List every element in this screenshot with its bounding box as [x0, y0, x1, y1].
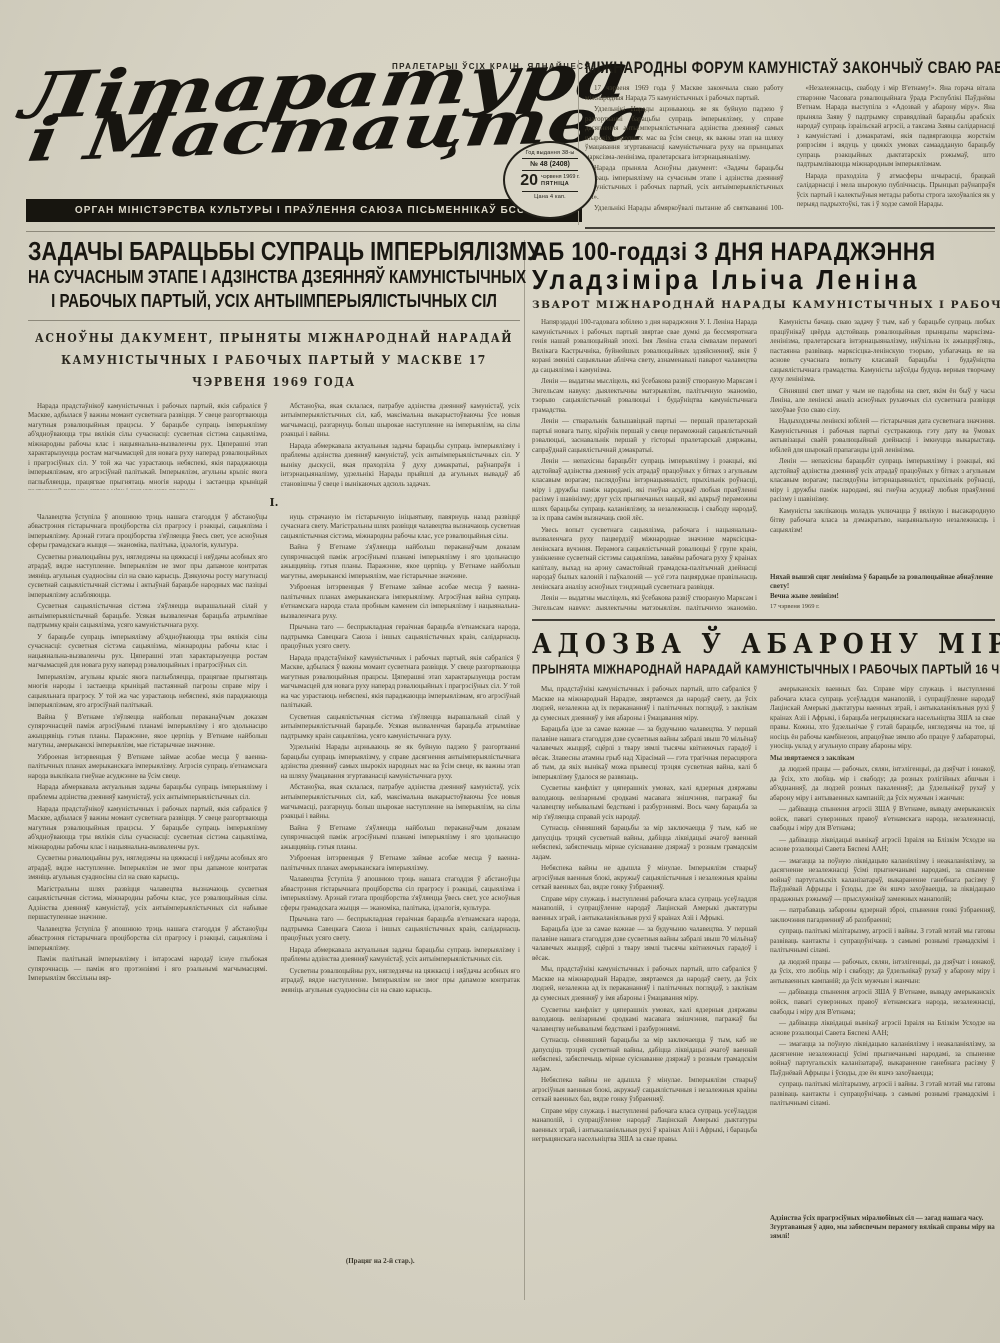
article-column: «Незалежнасць, свабоду і мір В'етнаму!».…	[797, 84, 996, 212]
organ-band: ОРГАН МІНІСТЭРСТВА КУЛЬТУРЫ І ПРАЎЛЕННЯ …	[26, 199, 582, 222]
paragraph: — дабівацца ліквідацыі вынікаў агрэсіі І…	[770, 836, 995, 855]
date-box-rule	[522, 170, 578, 171]
paragraph: Сутнасць сённяшняй барацьбы за мір заклю…	[532, 824, 757, 862]
peace-subhead: ПРЫНЯТА МІЖНАРОДНАЙ НАРАДАЙ КАМУНІСТЫЧНЫ…	[532, 663, 995, 677]
article-column: Чалавецтва ўступіла ў апошнюю трэць наша…	[28, 513, 268, 1265]
article-column: 17 чэрвеня 1969 года ў Маскве закончыла …	[585, 84, 784, 212]
section-marker: І.	[28, 496, 520, 509]
paragraph: Удзельнікі Нарады ацэньваюць яе як буйну…	[585, 105, 784, 162]
paragraph: Сусветны канфлікт у цяперашніх умовах, к…	[532, 784, 757, 822]
closing-line: Вечна жыве ленінізм!	[770, 592, 995, 601]
paragraph: да людзей працы — рабочых, сялян, інтэлі…	[770, 765, 995, 803]
paragraph: Вайна ў В'етнаме з'яўляецца найбольш пер…	[28, 713, 268, 751]
paragraph: Сусветны рэвалюцыйны рух, нягледзячы на …	[28, 553, 268, 601]
main-headline-line-1: ЗАДАЧЫ БАРАЦЬБЫ СУПРАЦЬ ІМПЕРЫЯЛІЗМУ	[28, 237, 520, 268]
main-body-columns: Чалавецтва ўступіла ў апошнюю трэць наша…	[28, 513, 520, 1265]
paragraph: да людзей працы — рабочых, сялян, інтэлі…	[770, 958, 995, 987]
paragraph: Справе міру служаць і выступленні рабоча…	[532, 1107, 757, 1145]
date-box-rule	[522, 158, 578, 159]
lenin-address-article: АБ 100-годдзі З ДНЯ НАРАДЖЭННЯ Уладзімір…	[532, 237, 995, 610]
paragraph: Ленін — непахісны барацьбіт супраць імпе…	[532, 457, 757, 524]
peace-columns: Мы, прадстаўнікі камуністычных і рабочых…	[532, 685, 995, 1241]
newspaper-front-page: ПРАЛЕТАРЫІ ЎСІХ КРАІН, ЯДНАЙЦЕСЯ! Літара…	[0, 0, 1000, 1343]
forum-headline: МІЖНАРОДНЫ ФОРУМ КАМУНІСТАЎ ЗАКОНЧЫЎ СВА…	[585, 58, 995, 77]
article-column: Нарада прадстаўнікоў камуністычных і раб…	[28, 402, 268, 490]
paragraph: Сусветная сацыялістычная сістэма з'яўляе…	[281, 713, 521, 742]
paragraph: Нарада абмеркавала актуальныя задачы бар…	[28, 783, 268, 802]
paragraph: Сусветны рэвалюцыйны рух, нягледзячы на …	[281, 967, 521, 996]
paragraph: Чалавецтва ўступіла ў апошнюю трэць наша…	[28, 925, 268, 954]
article-column: Камуністы бачаць сваю задачу ў тым, каб …	[770, 318, 995, 610]
peace-headline: АДОЗВА Ў АБАРОНУ МІРУ	[532, 627, 995, 659]
paragraph: Сусветны канфлікт у цяперашніх умовах, к…	[532, 1006, 757, 1035]
paragraph: Нарада абмеркавала актуальныя задачы бар…	[281, 442, 521, 490]
masthead-rule	[26, 231, 995, 232]
forum-columns: 17 чэрвеня 1969 года ў Маскве закончыла …	[585, 84, 995, 212]
paragraph: Нарада прадстаўнікоў камуністычных і раб…	[28, 805, 268, 853]
paragraph: Імперыялізм, агульны крызіс якога паглыб…	[28, 673, 268, 711]
paragraph: Сусветны рэвалюцыйны рух, нягледзячы на …	[28, 854, 268, 883]
paragraph: Прычына таго — беспрыкладная гераічная б…	[281, 623, 521, 652]
lenin-headline-line-2: Уладзіміра Ільіча Леніна	[532, 265, 995, 297]
article-column: Абстаноўка, якая склалася, патрабуе адзі…	[281, 402, 521, 490]
paragraph: — дабівацца ліквідацыі вынікаў агрэсіі І…	[770, 1019, 995, 1038]
date-box: Год выдання 38-ы № 48 (2408) 20 чэрвеня …	[503, 141, 597, 219]
article-column: амерыканскіх ваенных баз. Справе міру сл…	[770, 685, 995, 1241]
paragraph: Ленін — стваральнік бальшавіцкай партыі …	[532, 417, 757, 455]
closing-line: Няхай вышэй сцяг ленінізма ў барацьбе за…	[770, 573, 995, 591]
paragraph: Нарада прыняла Асноўны дакумент: «Задачы…	[585, 164, 784, 202]
paragraph: Узброеная інтэрвенцыя ў В'етнаме займае …	[28, 753, 268, 782]
main-headline-line-2: НА СУЧАСНЫМ ЭТАПЕ І АДЗІНСТВА ДЗЕЯННЯЎ К…	[28, 267, 520, 287]
paragraph: нуць страчаную ім гістарычную ініцыятыву…	[281, 513, 521, 542]
issue-weekday: ПЯТНІЦА	[541, 181, 569, 187]
lenin-date: 17 чэрвеня 1969 г.	[770, 603, 995, 610]
paragraph: Абстаноўка, якая склалася, патрабуе адзі…	[281, 402, 521, 440]
paragraph: Увесь вопыт сусветнага сацыялізма, рабоч…	[532, 526, 757, 593]
paragraph: — дабівацца спынення агрэсіі ЗША ў В'етн…	[770, 988, 995, 1017]
issue-date: 20 чэрвеня 1969 г. ПЯТНІЦА	[505, 173, 595, 189]
issue-month-year: чэрвеня 1969 г.	[541, 174, 580, 180]
paragraph: Чалавецтва ўступіла ў апошнюю трэць наша…	[281, 875, 521, 913]
main-subhead: АСНОЎНЫ ДАКУМЕНТ, ПРЫНЯТЫ МІЖНАРОДНАЙ НА…	[28, 327, 520, 394]
paragraph: супраць палітыкі мілітарызму, агрэсіі і …	[770, 927, 995, 956]
article-column: Напярэдадні 100-гадовага юбілею з дня на…	[532, 318, 757, 610]
paragraph: Прычына таго — беспрыкладная гераічная б…	[281, 915, 521, 944]
paragraph: Сённяшні свет шмат у чым не падобны на с…	[770, 387, 995, 416]
right-section: АБ 100-годдзі З ДНЯ НАРАДЖЭННЯ Уладзімір…	[532, 237, 995, 1241]
paragraph: Удзельнікі Нарады ацэньваюць яе як буйну…	[281, 743, 521, 781]
paragraph: «Незалежнасць, свабоду і мір В'етнаму!».…	[797, 84, 996, 170]
paragraph: Камуністы бачаць сваю задачу ў тым, каб …	[770, 318, 995, 385]
paragraph: Справе міру служаць і выступленні рабоча…	[532, 895, 757, 924]
article-column: нуць страчаную ім гістарычную ініцыятыву…	[281, 513, 521, 1265]
peace-appeal-article: АДОЗВА Ў АБАРОНУ МІРУ ПРЫНЯТА МІЖНАРОДНА…	[532, 629, 995, 1241]
publication-year: Год выдання 38-ы	[505, 150, 595, 156]
paragraph: — дабівацца спынення агрэсіі ЗША ў В'етн…	[770, 805, 995, 834]
paragraph: Мы звяртаемся з заклікам	[770, 754, 995, 764]
peace-closing: Адзінства ўсіх прагрэсіўных міралюбівых …	[770, 1214, 995, 1241]
paragraph: Мы, прадстаўнікі камуністычных і рабочых…	[532, 965, 757, 1003]
main-article: ЗАДАЧЫ БАРАЦЬБЫ СУПРАЦЬ ІМПЕРЫЯЛІЗМУ НА …	[28, 237, 520, 1265]
issue-day: 20	[520, 173, 538, 189]
issue-price: Цана 4 кап.	[505, 194, 595, 200]
center-column-rule	[524, 240, 525, 1300]
paragraph: — змагацца за поўную ліквідацыю каланіял…	[770, 1040, 995, 1078]
paragraph: Ленін — непахісны барацьбіт супраць імпе…	[770, 457, 995, 505]
paragraph: Ленін — выдатны мысліцель, які ўсебакова…	[532, 594, 757, 610]
lenin-columns: Напярэдадні 100-гадовага юбілею з дня на…	[532, 318, 995, 610]
paragraph: Мы, прадстаўнікі камуністычных і рабочых…	[532, 685, 757, 723]
paragraph: Небяспека вайны не адышла ў мінулае. Імп…	[532, 864, 757, 893]
issue-number: № 48 (2408)	[505, 161, 595, 168]
date-box-rule	[522, 191, 578, 192]
paragraph: 17 чэрвеня 1969 года ў Маскве закончыла …	[585, 84, 784, 103]
paragraph: Узброеная інтэрвенцыя ў В'етнаме займае …	[281, 583, 521, 621]
lenin-subhead: ЗВАРОТ МІЖНАРОДНАЙ НАРАДЫ КАМУНІСТЫЧНЫХ …	[532, 299, 995, 311]
main-headline-line-3: І РАБОЧЫХ ПАРТЫЙ, УСІХ АНТЫІМПЕРЫЯЛІСТЫЧ…	[28, 291, 520, 311]
paragraph: Вайна ў В'етнаме з'яўляецца найбольш пер…	[281, 543, 521, 581]
paragraph: Камуністы заклікаюць моладзь уключацца ў…	[770, 507, 995, 536]
paragraph: супраць палітыкі мілітарызму, агрэсіі і …	[770, 1080, 995, 1109]
paragraph: Ленін — выдатны мысліцель, які ўсебакова…	[532, 377, 757, 415]
paragraph: Нарада прадстаўнікоў камуністычных і раб…	[28, 402, 268, 490]
paragraph: Удзельнікі Нарады абмяркоўвалі пытанне а…	[585, 204, 784, 212]
paragraph: амерыканскіх ваенных баз. Справе міру сл…	[770, 685, 995, 752]
paragraph: Абстаноўка, якая склалася, патрабуе адзі…	[281, 783, 521, 821]
paragraph: У барацьбе супраць імперыялізму аб'ядноў…	[28, 633, 268, 671]
paragraph: Сутнасць сённяшняй барацьбы за мір заклю…	[532, 1036, 757, 1074]
lenin-closing: Няхай вышэй сцяг ленінізма ў барацьбе за…	[770, 572, 995, 601]
main-intro-columns: Нарада прадстаўнікоў камуністычных і раб…	[28, 402, 520, 490]
paragraph: Узброеная інтэрвенцыя ў В'етнаме займае …	[281, 854, 521, 873]
article-column: Мы, прадстаўнікі камуністычных і рабочых…	[532, 685, 757, 1241]
paragraph: Небяспека вайны не адышла ў мінулае. Імп…	[532, 1076, 757, 1105]
paragraph: Барацьба ідзе за самае важнае — за будуч…	[532, 925, 757, 963]
paragraph: Сусветная сацыялістычная сістэма з'яўляе…	[28, 602, 268, 631]
paragraph: Паміж палітыкай імперыялізму і інтарэсам…	[28, 955, 268, 984]
paragraph: Вайна ў В'етнаме з'яўляецца найбольш пер…	[281, 824, 521, 853]
paragraph: Надыходзячы ленінскі юбілей — гістарычна…	[770, 417, 995, 455]
headline-rule	[28, 320, 520, 321]
paragraph: Нарада прадстаўнікоў камуністычных і раб…	[281, 654, 521, 711]
section-divider	[532, 619, 995, 621]
paragraph: — змагацца за поўную ліквідацыю каланіял…	[770, 857, 995, 905]
forum-article: МІЖНАРОДНЫ ФОРУМ КАМУНІСТАЎ ЗАКОНЧЫЎ СВА…	[585, 58, 995, 212]
paragraph: Магістральны шлях развіцця чалавецтва вы…	[28, 885, 268, 923]
forum-bottom-rule	[585, 227, 995, 229]
paragraph: — патрабаваць забароны ядзернай зброі, с…	[770, 906, 995, 925]
lenin-headline-line-1: АБ 100-годдзі З ДНЯ НАРАДЖЭННЯ	[532, 237, 995, 267]
paragraph: Чалавецтва ўступіла ў апошнюю трэць наша…	[28, 513, 268, 551]
paragraph: Нарада абмеркавала актуальныя задачы бар…	[281, 946, 521, 965]
paragraph: Барацьба ідзе за самае важнае — за будуч…	[532, 725, 757, 782]
continuation-note: (Працяг на 2-й стар.).	[281, 1254, 521, 1265]
paragraph: Нарада праходзіла ў атмасферы шчырасці, …	[797, 172, 996, 210]
paragraph: Напярэдадні 100-гадовага юбілею з дня на…	[532, 318, 757, 375]
